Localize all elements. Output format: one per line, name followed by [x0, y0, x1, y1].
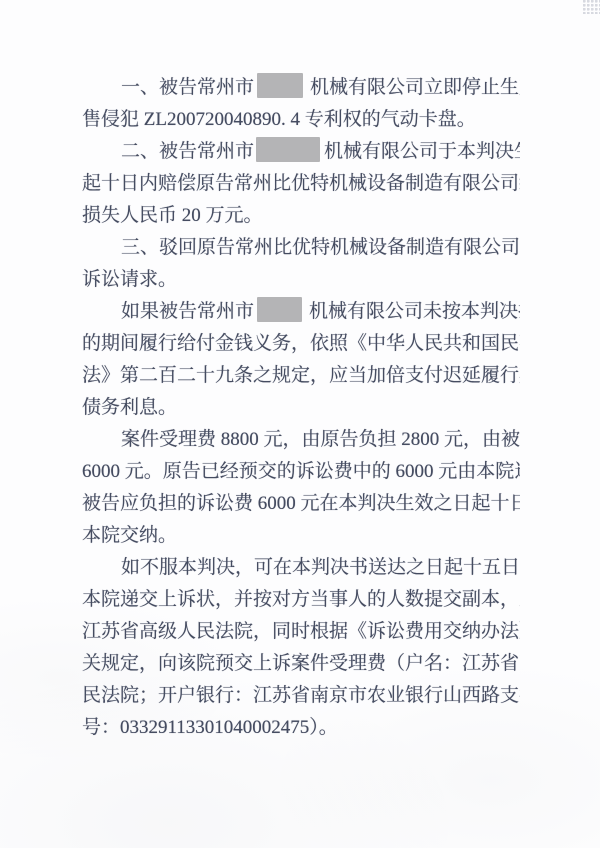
document-line: 关规定，向该院预交上诉案件受理费（户名：江苏省高级人: [82, 648, 520, 680]
judgment-item-1: 一、被告常州市机械有限公司立即停止生产、销 售侵犯 ZL200720040890…: [82, 72, 520, 136]
document-line: 如不服本判决，可在本判决书送达之日起十五日内，向: [82, 552, 520, 584]
document-line: 诉讼请求。: [82, 264, 520, 296]
document-line: 三、驳回原告常州比优特机械设备制造有限公司的其他: [82, 232, 520, 264]
document-line: 如果被告常州市机械有限公司未按本判决指定: [82, 296, 520, 328]
redaction-box: [257, 297, 302, 322]
document-line: 民法院；开户银行：江苏省南京市农业银行山西路支行；账: [82, 680, 520, 712]
document-line: 被告应负担的诉讼费 6000 元在本判决生效之日起十日内向: [82, 488, 520, 520]
document-body: 一、被告常州市机械有限公司立即停止生产、销 售侵犯 ZL200720040890…: [82, 72, 520, 744]
document-line: 本院递交上诉状，并按对方当事人的人数提交副本，上诉于: [82, 584, 520, 616]
line-text: 如果被告常州市: [121, 301, 254, 322]
appeal-instructions: 如不服本判决，可在本判决书送达之日起十五日内，向 本院递交上诉状，并按对方当事人…: [82, 552, 520, 744]
delayed-performance-clause: 如果被告常州市机械有限公司未按本判决指定 的期间履行给付金钱义务，依照《中华人民…: [82, 296, 520, 424]
line-text: 机械有限公司立即停止生产、销: [310, 77, 520, 98]
document-line: 本院交纳。: [82, 520, 520, 552]
line-text: 一、被告常州市: [121, 77, 254, 98]
document-line: 法》第二百二十九条之规定，应当加倍支付迟延履行期间的: [82, 360, 520, 392]
document-line: 一、被告常州市机械有限公司立即停止生产、销: [82, 72, 520, 104]
document-line: 起十日内赔偿原告常州比优特机械设备制造有限公司经济: [82, 168, 520, 200]
scanned-page: 一、被告常州市机械有限公司立即停止生产、销 售侵犯 ZL200720040890…: [0, 0, 600, 848]
judgment-item-3: 三、驳回原告常州比优特机械设备制造有限公司的其他 诉讼请求。: [82, 232, 520, 296]
document-line: 江苏省高级人民法院，同时根据《诉讼费用交纳办法》的有: [82, 616, 520, 648]
scan-artifact-speck: [583, 0, 600, 14]
document-line: 二、被告常州市机械有限公司于本判决生效之日: [82, 136, 520, 168]
judgment-item-2: 二、被告常州市机械有限公司于本判决生效之日 起十日内赔偿原告常州比优特机械设备制…: [82, 136, 520, 232]
document-line: 案件受理费 8800 元，由原告负担 2800 元，由被告负担: [82, 424, 520, 456]
document-line: 售侵犯 ZL200720040890. 4 专利权的气动卡盘。: [82, 104, 520, 136]
line-text: 二、被告常州市: [121, 141, 254, 162]
litigation-fee-clause: 案件受理费 8800 元，由原告负担 2800 元，由被告负担 6000 元。原…: [82, 424, 520, 552]
redaction-box: [257, 73, 303, 98]
document-line: 债务利息。: [82, 392, 520, 424]
document-line: 损失人民币 20 万元。: [82, 200, 520, 232]
document-line: 6000 元。原告已经预交的诉讼费中的 6000 元由本院退回/: [82, 456, 520, 488]
document-line: 号：03329113301040002475）。: [82, 712, 520, 744]
redaction-box: [256, 137, 320, 162]
line-text: 机械有限公司于本判决生效之日: [324, 141, 520, 162]
document-line: 的期间履行给付金钱义务，依照《中华人民共和国民事诉讼: [82, 328, 520, 360]
line-text: 机械有限公司未按本判决指定: [309, 301, 520, 322]
